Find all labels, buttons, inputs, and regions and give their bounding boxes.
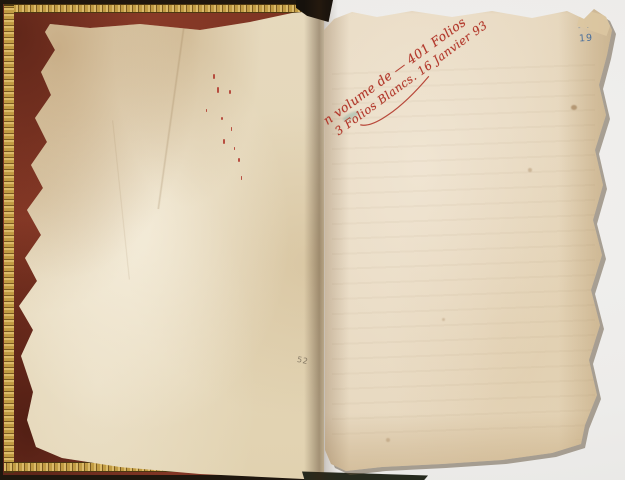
archivist-inscription: Un volume de — 401 Folios 3 Folios Blanc…: [311, 5, 497, 156]
gold-tooling-band-left: [4, 5, 14, 473]
pastedown-paper: 52: [0, 0, 324, 480]
ink-speck: [213, 74, 215, 79]
inscription-line-2: 3 Folios Blancs. 16 Janvier 93: [321, 18, 490, 146]
ink-speck: [217, 87, 219, 93]
ink-speck: [241, 176, 242, 180]
gold-tooling-band-top: [4, 4, 302, 13]
book-scan-background: 52 Un volume de — 401 Folios 3 Folios Bl…: [0, 0, 625, 480]
ink-speck: [206, 109, 207, 112]
right-page-area: Un volume de — 401 Folios 3 Folios Blanc…: [322, 0, 625, 480]
flyleaf-page: Un volume de — 401 Folios 3 Folios Blanc…: [322, 0, 625, 480]
paper-crease: [157, 21, 186, 210]
foxing-spot: [442, 318, 445, 321]
inscription-line-1: Un volume de — 401 Folios: [311, 5, 481, 134]
ink-speck: [223, 139, 225, 144]
foxing-spot: [528, 168, 532, 172]
ink-speck: [229, 90, 231, 94]
foxing-spot: [386, 438, 390, 442]
inscription-flourish: [355, 71, 438, 136]
paper-crease: [112, 120, 131, 279]
folio-dash-mark: - ·: [578, 24, 591, 32]
ink-speck: [234, 147, 235, 150]
ink-speck: [238, 158, 240, 162]
folio-number: 19: [579, 33, 594, 45]
ink-speck: [231, 127, 232, 131]
left-board: 52: [0, 0, 324, 480]
foxing-spot: [571, 105, 577, 110]
teal-smudge: [342, 109, 361, 123]
ink-speck: [221, 117, 223, 120]
